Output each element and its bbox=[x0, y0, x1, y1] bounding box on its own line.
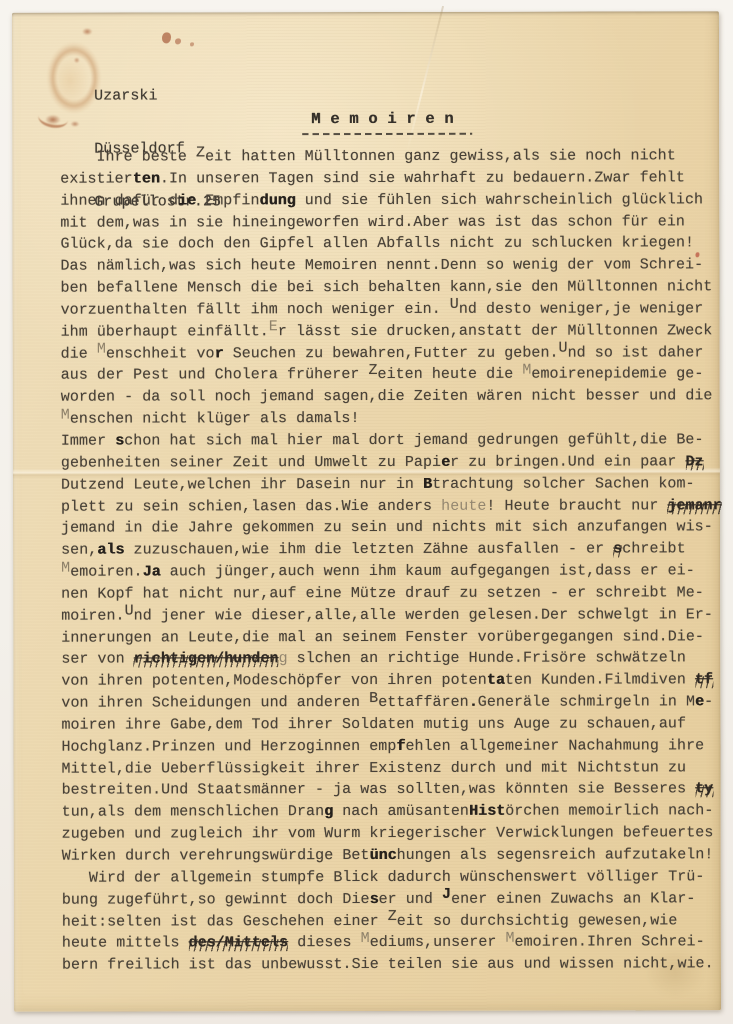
typewritten-line: ihnen dafür die Empfindung und sie fühle… bbox=[60, 189, 733, 212]
text-segment: eit hatten Mülltonnen ganz gewiss,als si… bbox=[205, 147, 676, 165]
typewritten-line: bestreiten.Und Staatsmänner - ja was sol… bbox=[62, 779, 733, 802]
text-segment: B bbox=[423, 476, 432, 493]
text-segment: nd jener wie dieser,alle,alle werden gel… bbox=[134, 606, 713, 624]
text-segment: trachtung solcher Sachen kom- bbox=[432, 475, 695, 493]
typewritten-line: Das nämlich,was sich heute Memoiren nenn… bbox=[60, 254, 733, 277]
typewritten-line: bern freilich ist das unbewusst.Sie teil… bbox=[62, 953, 733, 976]
typewritten-line: nen Kopf hat nicht nur,auf eine Mütze dr… bbox=[61, 582, 733, 605]
text-segment: zugeben und zugleich ihr vom Wurm kriege… bbox=[62, 824, 714, 842]
text-segment: nd so ist daher bbox=[568, 344, 704, 361]
diagonal-crease bbox=[406, 6, 444, 152]
typewritten-line: heit:selten ist das Geschehen einer Zeit… bbox=[62, 910, 733, 933]
text-segment: hungen als segensreich aufzutakeln! bbox=[397, 846, 714, 864]
text-segment: ünc bbox=[369, 847, 396, 864]
text-segment: existier bbox=[60, 170, 132, 187]
text-segment: Mittel,die Ueberflüssigkeit ihrer Existe… bbox=[62, 759, 687, 777]
text-segment: ener einen Zuwachs an Klar- bbox=[451, 890, 695, 908]
text-segment: enschheit vo bbox=[106, 345, 215, 362]
typewritten-line: Menschen nicht klüger als damals! bbox=[61, 407, 733, 430]
typewritten-line: existierten.In unseren Tagen sind sie wa… bbox=[60, 167, 733, 190]
text-segment: emoiren.Ihren Schrei- bbox=[515, 934, 705, 951]
text-segment: nach amüsanten bbox=[333, 803, 469, 820]
typewritten-line: mit dem,was in sie hineingeworfen wird.A… bbox=[60, 211, 733, 234]
text-segment: innerungen an Leute,die mal an seinem Fe… bbox=[61, 628, 704, 646]
text-segment: e bbox=[695, 693, 704, 710]
typewritten-line: worden - da soll noch jemand sagen,die Z… bbox=[61, 385, 733, 408]
text-segment: ten bbox=[133, 170, 160, 187]
text-segment: r lässt sie drucken,anstatt der Mülltonn… bbox=[278, 322, 713, 340]
text-segment: ta bbox=[487, 672, 505, 689]
rust-speck bbox=[190, 42, 194, 46]
text-segment: bestreiten.Und Staatsmänner - ja was sol… bbox=[62, 781, 696, 799]
text-segment: M bbox=[361, 930, 370, 947]
text-segment: zuzuschauen,wie ihm die letzten Zähne au… bbox=[124, 541, 613, 559]
typewritten-line: von ihren Scheidungen und anderen Bettaf… bbox=[61, 691, 733, 714]
sender-name: Uzarski bbox=[94, 87, 221, 105]
text-segment: J bbox=[442, 886, 451, 903]
typewritten-line: Dutzend Leute,welchen ihr Dasein nur in … bbox=[61, 473, 733, 496]
typewritten-line: Wirken durch verehrungswürdige Betünchun… bbox=[62, 844, 733, 867]
text-segment: dieses bbox=[288, 934, 360, 951]
text-segment: g bbox=[324, 803, 333, 820]
typewritten-line: Mittel,die Ueberflüssigkeit ihrer Existe… bbox=[62, 757, 733, 780]
typewritten-line: ben befallene Mensch die bei sich behalt… bbox=[61, 276, 733, 299]
text-segment: ediums,unserer bbox=[370, 934, 506, 951]
struck-out-text: ty bbox=[695, 781, 713, 798]
text-segment: emoiren. bbox=[70, 564, 142, 581]
text-segment: als bbox=[97, 542, 124, 559]
text-segment: M bbox=[61, 559, 70, 576]
text-segment: eiten heute die bbox=[378, 366, 523, 383]
text-segment: Ihre beste bbox=[60, 148, 196, 165]
text-segment: gebenheiten seiner Zeit und Umwelt zu Pa… bbox=[61, 454, 441, 472]
struck-out-text: tf bbox=[695, 672, 713, 689]
text-segment: moiren. bbox=[61, 607, 124, 624]
text-segment: auch jünger,auch wenn ihm kaum aufgegang… bbox=[161, 562, 695, 580]
typewritten-line: tun,als dem menschlichen Drang nach amüs… bbox=[62, 801, 733, 824]
text-segment: ! Heute braucht nur bbox=[486, 497, 667, 514]
typewritten-line: sen,als zuzuschauen,wie ihm die letzten … bbox=[61, 538, 733, 561]
text-segment: dung bbox=[259, 192, 295, 209]
text-segment: heute bbox=[441, 497, 486, 514]
typewritten-line: Glück,da sie doch den Gipfel allen Abfal… bbox=[60, 233, 733, 256]
typewritten-line: gebenheiten seiner Zeit und Umwelt zu Pa… bbox=[61, 451, 733, 474]
typewritten-line: bung zugeführt,so gewinnt doch Dieser un… bbox=[62, 888, 733, 911]
struck-out-text: richtigen/hunden bbox=[134, 651, 279, 668]
text-segment: slchen an richtige Hunde.Frisöre schwätz… bbox=[288, 650, 686, 668]
text-segment: Seuchen zu bewahren,Futter zu geben. bbox=[224, 344, 559, 362]
text-segment: eit so durchsichtig gewesen,wie bbox=[397, 912, 678, 930]
paper-sheet: Uzarski Düsseldorf Grupellostr.25 M e m … bbox=[12, 11, 721, 1011]
document-body: Ihre beste Zeit hatten Mülltonnen ganz g… bbox=[60, 145, 733, 976]
text-segment: moiren ihre Gabe,dem Tod ihrer Soldaten … bbox=[61, 715, 686, 733]
text-segment: sen, bbox=[61, 542, 97, 559]
text-segment: e bbox=[441, 454, 450, 471]
text-segment: Wird der allgemein stumpfe Blick dadurch… bbox=[62, 868, 705, 886]
text-segment: von ihren potenten,Modeschöpfer von ihre… bbox=[61, 672, 486, 690]
text-segment: aus der Pest und Cholera früherer bbox=[61, 366, 369, 384]
text-segment: heute mittels bbox=[62, 935, 189, 952]
title-underline bbox=[302, 133, 472, 135]
typewritten-line: aus der Pest und Cholera früherer Zeiten… bbox=[61, 364, 733, 387]
text-segment: B bbox=[369, 690, 378, 707]
text-segment: Empfin bbox=[196, 192, 259, 209]
text-segment: - bbox=[704, 693, 713, 710]
text-segment: Z bbox=[388, 908, 397, 925]
text-segment: chreibt bbox=[622, 541, 685, 558]
text-segment: enschen nicht klüger als damals! bbox=[70, 410, 360, 428]
text-segment: plett zu sein schien,lasen das.Wie ander… bbox=[61, 497, 441, 515]
typewritten-line: vorzuenthalten fällt ihm noch weniger ei… bbox=[61, 298, 733, 321]
text-segment: Hist bbox=[469, 803, 505, 820]
text-segment: f bbox=[396, 738, 405, 755]
text-segment: örchen memoirlich nach- bbox=[505, 803, 713, 820]
text-segment: ten Kunden.Filmdiven bbox=[505, 672, 695, 689]
text-segment: g bbox=[279, 651, 288, 668]
struck-out-text: s bbox=[613, 541, 622, 558]
text-segment: von ihren Scheidungen und anderen bbox=[61, 694, 369, 712]
text-segment: M bbox=[522, 362, 531, 379]
typewritten-line: Hochglanz.Prinzen und Herzoginnen empfeh… bbox=[61, 735, 733, 758]
text-segment: Ja bbox=[143, 563, 161, 580]
text-segment: er und bbox=[379, 891, 442, 908]
text-segment: r bbox=[215, 345, 224, 362]
text-segment: U bbox=[125, 603, 134, 620]
scanned-memoir-page: Uzarski Düsseldorf Grupellostr.25 M e m … bbox=[0, 0, 733, 1024]
text-segment: mit dem,was in sie hineingeworfen wird.A… bbox=[60, 213, 685, 231]
text-segment: vorzuenthalten fällt ihm noch weniger ei… bbox=[61, 301, 450, 319]
text-segment: M bbox=[97, 341, 106, 358]
text-segment: jemand in die Jahre gekommen zu sein und… bbox=[61, 519, 713, 537]
text-segment: tun,als dem menschlichen Dran bbox=[62, 803, 325, 821]
text-segment: und sie fühlen sich wahrscheinlich glück… bbox=[296, 191, 703, 209]
text-segment: Immer bbox=[61, 432, 115, 449]
text-segment: nen Kopf hat nicht nur,auf eine Mütze dr… bbox=[61, 584, 704, 602]
text-segment: ihm überhaupt einfällt. bbox=[61, 323, 269, 340]
text-segment: emoirenepidemie ge- bbox=[531, 366, 703, 383]
text-segment: Generäle schmirgeln in M bbox=[478, 693, 695, 710]
text-segment: Glück,da sie doch den Gipfel allen Abfal… bbox=[60, 235, 694, 253]
text-segment: chon hat sich mal hier mal dort jemand g… bbox=[124, 431, 703, 449]
rust-speck bbox=[175, 38, 181, 44]
typewritten-line: Ihre beste Zeit hatten Mülltonnen ganz g… bbox=[60, 145, 733, 168]
text-segment: bung zugeführt,so gewinnt doch Die bbox=[62, 891, 370, 909]
typewritten-line: Immer schon hat sich mal hier mal dort j… bbox=[61, 429, 733, 452]
text-segment: Das nämlich,was sich heute Memoiren nenn… bbox=[60, 257, 703, 275]
typewritten-line: von ihren potenten,Modeschöpfer von ihre… bbox=[61, 669, 733, 692]
text-segment: Z bbox=[196, 144, 205, 161]
struck-out-text: Dz bbox=[685, 453, 703, 470]
typewritten-line: Memoiren.Ja auch jünger,auch wenn ihm ka… bbox=[61, 560, 733, 583]
text-segment: .In unseren Tagen sind sie wahrhaft zu b… bbox=[160, 169, 685, 187]
document-title: M e m o i r e n bbox=[311, 110, 454, 128]
typewritten-line: ser von richtigen/hundeng slchen an rich… bbox=[61, 648, 733, 671]
text-segment: ser von bbox=[61, 651, 133, 668]
text-segment: M bbox=[61, 406, 70, 423]
text-segment: Z bbox=[368, 362, 377, 379]
text-segment: ben befallene Mensch die bei sich behalt… bbox=[61, 278, 713, 296]
text-segment: U bbox=[450, 296, 459, 313]
text-segment: bern freilich ist das unbewusst.Sie teil… bbox=[62, 955, 714, 973]
typewritten-line: innerungen an Leute,die mal an seinem Fe… bbox=[61, 626, 733, 649]
rust-speck bbox=[162, 32, 171, 43]
text-segment: worden - da soll noch jemand sagen,die Z… bbox=[61, 388, 713, 406]
typewritten-line: moiren.Und jener wie dieser,alle,alle we… bbox=[61, 604, 733, 627]
text-segment: ehlen allgemeiner Nachahmung ihre bbox=[405, 737, 704, 755]
text-segment: ettaffären bbox=[378, 694, 469, 711]
typewritten-line: moiren ihre Gabe,dem Tod ihrer Soldaten … bbox=[61, 713, 733, 736]
text-segment: ie bbox=[178, 192, 196, 209]
struck-out-text: jemanr bbox=[667, 497, 721, 514]
text-segment: heit:selten ist das Geschehen einer bbox=[62, 912, 388, 930]
text-segment: die bbox=[61, 345, 97, 362]
text-segment: U bbox=[559, 340, 568, 357]
text-segment: ihnen dafür d bbox=[60, 192, 178, 209]
typewritten-line: plett zu sein schien,lasen das.Wie ander… bbox=[61, 495, 733, 518]
struck-out-text: des/Mittels bbox=[189, 935, 289, 952]
text-segment: nd desto weniger,je weniger bbox=[459, 300, 703, 318]
text-segment: s bbox=[370, 891, 379, 908]
text-segment: Wirken durch verehrungswürdige Bet bbox=[62, 847, 370, 865]
text-segment: r zu bringen.Und ein paar bbox=[450, 453, 685, 470]
text-segment: M bbox=[505, 930, 514, 947]
typewritten-line: zugeben und zugleich ihr vom Wurm kriege… bbox=[62, 822, 733, 845]
typewritten-line: die Menschheit vor Seuchen zu bewahren,F… bbox=[61, 342, 733, 365]
typewritten-line: heute mittels des/Mittels dieses Mediums… bbox=[62, 932, 733, 955]
rust-speckles bbox=[12, 11, 719, 12]
text-segment: Hochglanz.Prinzen und Herzoginnen emp bbox=[61, 738, 396, 756]
text-segment: Dutzend Leute,welchen ihr Dasein nur in bbox=[61, 476, 423, 494]
typewritten-line: jemand in die Jahre gekommen zu sein und… bbox=[61, 517, 733, 540]
text-segment: E bbox=[269, 318, 278, 335]
typewritten-line: Wird der allgemein stumpfe Blick dadurch… bbox=[62, 866, 733, 889]
typewritten-line: ihm überhaupt einfällt.Er lässt sie druc… bbox=[61, 320, 733, 343]
